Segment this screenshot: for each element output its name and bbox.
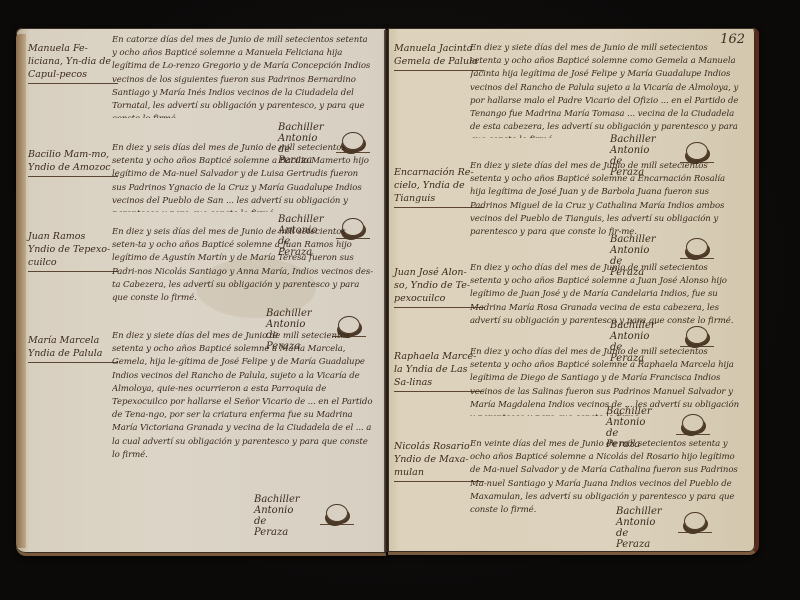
margin-name: Manuela Fe-liciana, Yn-dia de Capul-peco…: [28, 43, 111, 80]
margin-note: Bacilio Mam-mo, Yndio de Amozoc: [28, 148, 114, 177]
margin-name: Bacilio Mam-mo, Yndio de Amozoc: [28, 149, 111, 173]
underline-rule: [28, 362, 118, 363]
margin-name: María Marcela Yndia de Palula: [28, 335, 102, 359]
signature-rubric-icon: [680, 238, 714, 259]
signature-rubric-icon: [678, 512, 712, 533]
margin-note: Nicolás Rosario Yndio de Maxa-mulan: [394, 440, 480, 482]
entry-text: En diez y siete días del mes de Junio de…: [112, 330, 374, 490]
margin-note: Raphaela Marce-la Yndia de Las Sa-linas: [394, 350, 480, 392]
margin-note: Manuela Jacinta Gemela de Palula: [394, 42, 480, 71]
entry-text: En diez y siete días del mes de Junio de…: [470, 160, 740, 244]
right-page: 162 Manuela Jacinta Gemela de Palula En …: [388, 28, 759, 555]
margin-name: Encarnación Re-cielo, Yndia de Tianguis: [394, 167, 474, 204]
margin-note: Encarnación Re-cielo, Yndia de Tianguis: [394, 166, 480, 208]
left-page: Manuela Fe-liciana, Yn-dia de Capul-peco…: [16, 28, 386, 556]
margin-name: Raphaela Marce-la Yndia de Las Sa-linas: [394, 351, 476, 388]
entry-text: En diez y seis días del mes de Junio de …: [112, 142, 374, 212]
page-edge: [16, 34, 26, 548]
signature-rubric-icon: [680, 326, 714, 347]
margin-note: Manuela Fe-liciana, Yn-dia de Capul-peco…: [28, 42, 114, 84]
underline-rule: [28, 176, 118, 177]
signature-rubric-icon: [676, 414, 710, 435]
entry-text: En catorze días del mes de Junio de mill…: [112, 34, 374, 118]
margin-name: Juan José Alon-so, Yndio de Te-pexocuilc…: [394, 267, 470, 304]
signature: Bachiller Antonio de Peraza: [616, 506, 662, 550]
entry-text: En diez y seis días del mes de Junio de …: [112, 226, 374, 306]
signature-rubric-icon: [320, 504, 354, 525]
underline-rule: [28, 271, 118, 272]
margin-name: Nicolás Rosario Yndio de Maxa-mulan: [394, 441, 470, 478]
margin-note: Juan José Alon-so, Yndio de Te-pexocuilc…: [394, 266, 480, 308]
entry-text: En veinte días del mes de Junio de mill …: [470, 438, 740, 518]
margin-note: María Marcela Yndia de Palula: [28, 334, 114, 363]
margin-note: Juan Ramos Yndio de Tepexo-cuilco: [28, 230, 114, 272]
margin-name: Juan Ramos Yndio de Tepexo-cuilco: [28, 231, 110, 268]
signature: Bachiller Antonio de Peraza: [254, 494, 300, 538]
entry-text: En diez y siete días del mes de Junio de…: [470, 42, 740, 138]
entry-text: En diez y ocho días del mes de Junio de …: [470, 346, 740, 416]
underline-rule: [28, 83, 118, 84]
margin-name: Manuela Jacinta Gemela de Palula: [394, 43, 478, 67]
entry-text: En diez y ocho días del mes de Junio de …: [470, 262, 740, 332]
